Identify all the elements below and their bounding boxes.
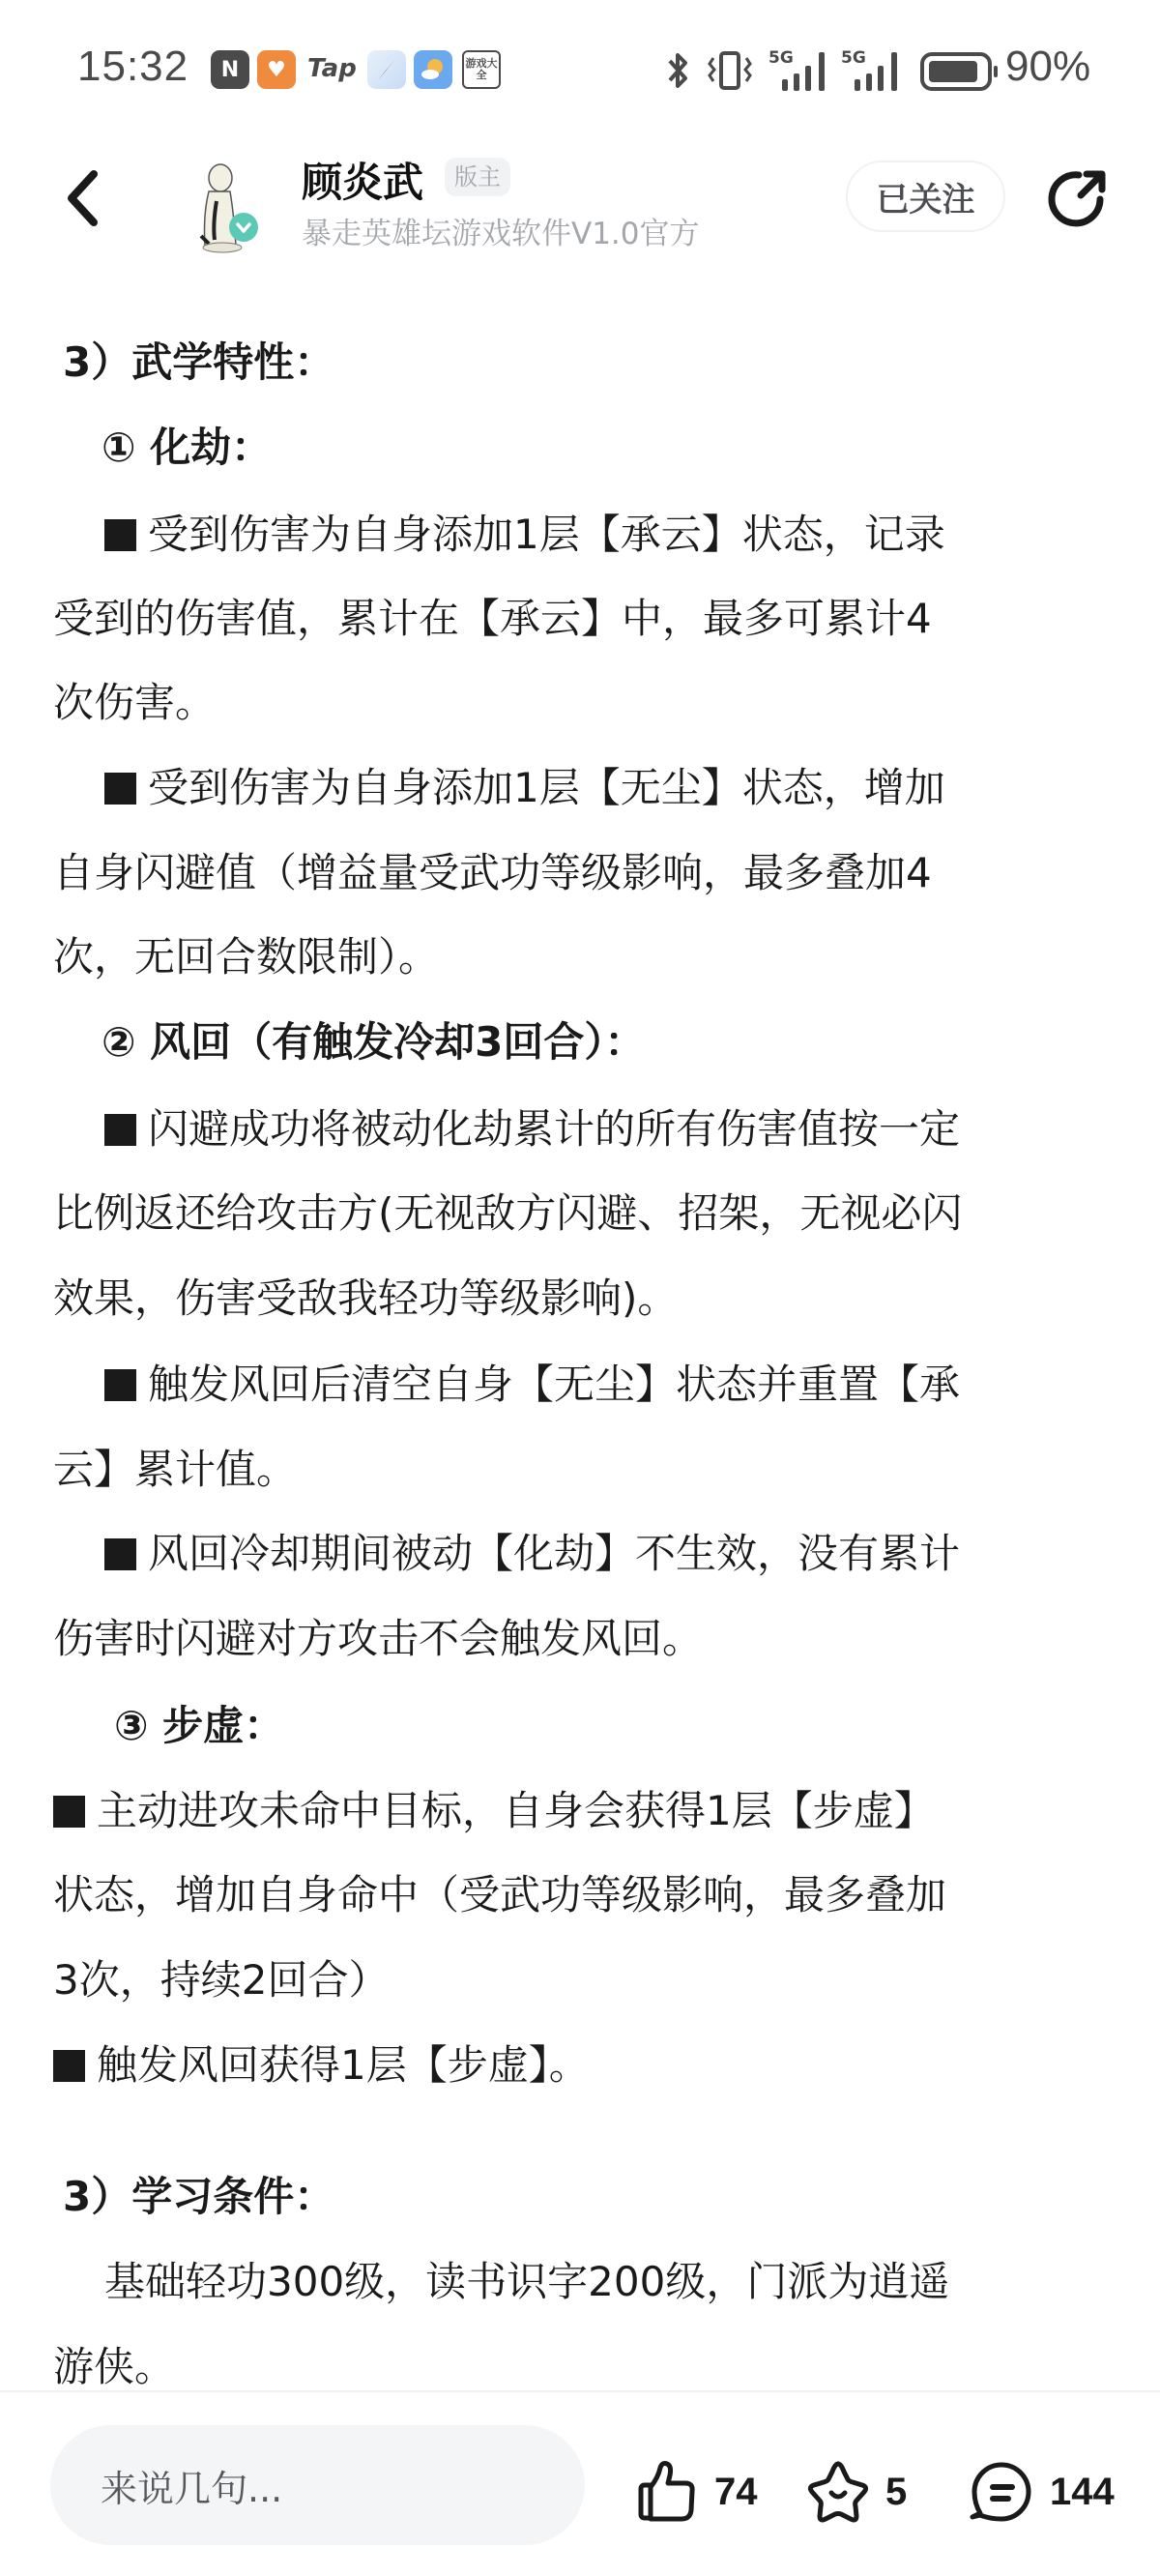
square-bullet-icon — [104, 519, 136, 551]
comment-count: 144 — [1050, 2471, 1115, 2514]
bullet-paragraph: 主动进攻未命中目标，自身会获得1层【步虚】 — [53, 1786, 935, 1836]
section-heading: 3）学习条件： — [63, 2172, 334, 2222]
status-bar: 15:32 N ♥ Tap 游戏大全 5G 5G 90% — [0, 0, 1160, 135]
paragraph-line: 云】累计值。 — [53, 1445, 297, 1495]
bullet-paragraph: 触发风回获得1层【步虚】。 — [53, 2040, 590, 2091]
like-button[interactable]: 74 — [633, 2458, 758, 2526]
section-heading: 3）武学特性： — [63, 337, 334, 388]
weather-icon — [414, 50, 452, 89]
battery-percentage: 90% — [1005, 43, 1090, 91]
divider — [0, 2390, 1160, 2392]
like-count: 74 — [714, 2471, 758, 2514]
vibrate-icon — [708, 50, 752, 91]
square-bullet-icon — [104, 1114, 136, 1146]
verified-badge-icon — [229, 213, 258, 242]
bullet-paragraph: 风回冷却期间被动【化劫】不生效，没有累计 — [104, 1529, 960, 1579]
bullet-paragraph: 受到伤害为自身添加1层【无尘】状态，增加 — [104, 763, 945, 813]
paragraph-line: 效果，伤害受敌我轻功等级影响)。 — [53, 1273, 678, 1324]
clock: 15:32 — [77, 43, 188, 91]
thumbs-up-icon — [633, 2458, 701, 2526]
comment-bubble-icon — [967, 2457, 1036, 2527]
paragraph-line: 状态，增加自身命中（受武功等级影响，最多叠加 — [53, 1870, 946, 1920]
share-icon[interactable] — [1044, 164, 1112, 232]
trait-heading: ③ 步虚： — [114, 1701, 284, 1751]
follow-button[interactable]: 已关注 — [846, 161, 1005, 232]
square-bullet-icon — [53, 2050, 85, 2082]
paragraph-line: 比例返还给攻击方(无视敌方闪避、招架，无视必闪 — [53, 1188, 962, 1239]
square-bullet-icon — [104, 1538, 136, 1570]
comment-button[interactable]: 144 — [967, 2458, 1115, 2526]
nfc-icon: N — [211, 50, 249, 89]
back-button[interactable] — [60, 164, 108, 232]
trait-heading: ② 风回（有触发冷却3回合）： — [101, 1017, 645, 1068]
tap-app-icon: Tap — [307, 54, 357, 83]
bullet-paragraph: 受到伤害为自身添加1层【承云】状态，记录 — [104, 510, 945, 560]
paragraph-line: 受到的伤害值，累计在【承云】中，最多可累计4 — [53, 594, 932, 644]
maps-ai-icon — [367, 50, 406, 89]
comment-placeholder: 来说几句... — [101, 2459, 282, 2512]
post-header: 顾炎武 版主 暴走英雄坛游戏软件V1.0官方 已关注 — [0, 135, 1160, 280]
trait-heading: ① 化劫： — [101, 423, 272, 473]
paragraph-line: 次，无回合数限制）。 — [53, 932, 439, 982]
game-center-icon: 游戏大全 — [462, 50, 501, 89]
moderator-badge: 版主 — [445, 158, 510, 196]
bullet-paragraph: 闪避成功将被动化劫累计的所有伤害值按一定 — [104, 1104, 960, 1155]
favorite-button[interactable]: 5 — [804, 2458, 907, 2526]
star-icon — [804, 2458, 872, 2526]
health-app-icon: ♥ — [257, 50, 296, 89]
paragraph-line: 游侠。 — [53, 2342, 175, 2392]
paragraph-line: 3次，持续2回合） — [53, 1955, 389, 2005]
battery-icon — [920, 52, 1000, 91]
5g-signal-icon: 5G — [841, 48, 909, 93]
square-bullet-icon — [104, 773, 136, 805]
paragraph-line: 伤害时闪避对方攻击不会触发风回。 — [53, 1614, 703, 1664]
comment-input[interactable]: 来说几句... — [50, 2425, 585, 2545]
square-bullet-icon — [104, 1369, 136, 1401]
paragraph-line: 次伤害。 — [53, 678, 216, 728]
author-name[interactable]: 顾炎武 — [302, 151, 423, 209]
favorite-count: 5 — [885, 2471, 907, 2514]
5g-signal-icon: 5G — [768, 48, 836, 93]
bullet-paragraph: 触发风回后清空自身【无尘】状态并重置【承 — [104, 1360, 960, 1410]
square-bullet-icon — [53, 1796, 85, 1828]
author-subtitle: 暴走英雄坛游戏软件V1.0官方 — [302, 209, 700, 252]
paragraph-line: 基础轻功300级，读书识字200级，门派为逍遥 — [104, 2257, 949, 2307]
bluetooth-icon — [667, 50, 690, 91]
paragraph-line: 自身闪避值（增益量受武功等级影响，最多叠加4 — [53, 848, 932, 898]
